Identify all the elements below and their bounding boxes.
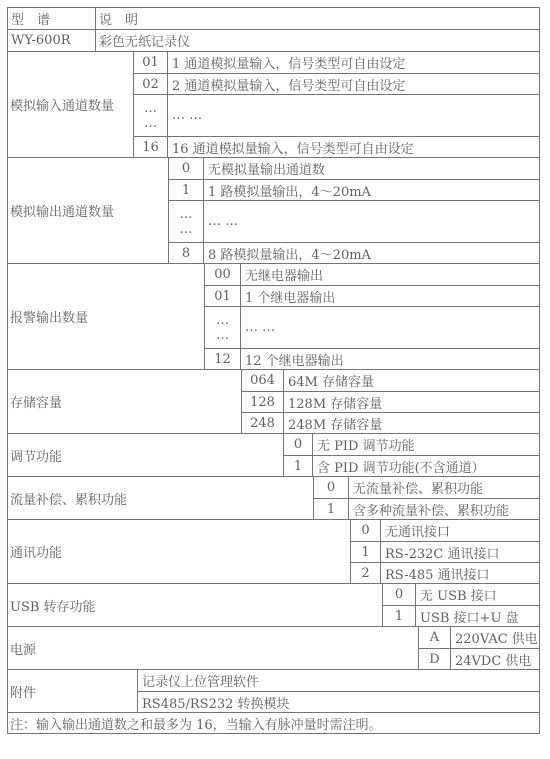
description-cell: 1 通道模拟量输入，信号类型可自由设定 bbox=[168, 52, 539, 73]
table-row: 1含多种流量补偿、累积功能 bbox=[314, 498, 539, 519]
table-row: 记录仪上位管理软件 bbox=[138, 670, 539, 691]
description-cell: 1 路模拟量输出，4～20mA bbox=[204, 180, 539, 200]
description-cell: RS485/RS232 转换模块 bbox=[138, 692, 539, 712]
section-label: 报警输出数量 bbox=[8, 264, 205, 369]
table-row: 011 个继电器输出 bbox=[205, 285, 539, 306]
section-label: 通讯功能 bbox=[8, 520, 351, 583]
description-cell: RS-232C 通讯接口 bbox=[381, 542, 539, 562]
table-row: ……… … bbox=[134, 94, 539, 136]
code-cell: 00 bbox=[205, 264, 241, 285]
spec-section: 模拟输出通道数量0无模拟量输出通道数11 路模拟量输出，4～20mA……… …8… bbox=[8, 157, 539, 263]
description-cell: RS-485 通讯接口 bbox=[381, 563, 539, 583]
code-cell: 01 bbox=[134, 52, 168, 73]
table-row: 1212 个继电器输出 bbox=[205, 348, 539, 369]
description-cell: 220VAC 供电 bbox=[451, 627, 539, 648]
spec-section: 模拟输入通道数量011 通道模拟量输入，信号类型可自由设定022 通道模拟量输入… bbox=[8, 51, 539, 157]
section-label: 电源 bbox=[8, 627, 419, 669]
code-cell: 1 bbox=[284, 456, 313, 476]
section-label: 附件 bbox=[8, 670, 138, 712]
code-cell: 064 bbox=[242, 370, 284, 391]
table-row: ……… … bbox=[205, 306, 539, 348]
table-row: 011 通道模拟量输入，信号类型可自由设定 bbox=[134, 52, 539, 73]
code-cell: 2 bbox=[351, 563, 381, 583]
code-cell: 0 bbox=[169, 158, 204, 179]
description-cell: 128M 存储容量 bbox=[284, 392, 539, 412]
description-cell: 无 USB 接口 bbox=[416, 584, 539, 605]
model-description: 彩色无纸记录仪 bbox=[96, 30, 539, 51]
description-cell: 1 个继电器输出 bbox=[241, 286, 539, 306]
description-cell: … … bbox=[241, 307, 539, 348]
spec-section: 存储容量06464M 存储容量128128M 存储容量248248M 存储容量 bbox=[8, 369, 539, 433]
section-label: 模拟输出通道数量 bbox=[8, 158, 169, 263]
table-row: 128128M 存储容量 bbox=[242, 391, 539, 412]
code-cell: 1 bbox=[314, 499, 349, 519]
description-cell: 无 PID 调节功能 bbox=[313, 434, 539, 455]
table-row: 248248M 存储容量 bbox=[242, 412, 539, 433]
table-row: 88 路模拟量输出，4～20mA bbox=[169, 242, 539, 263]
section-label: USB 转存功能 bbox=[8, 584, 383, 626]
table-row: 11 路模拟量输出，4～20mA bbox=[169, 179, 539, 200]
table-row: 1USB 接口+U 盘 bbox=[383, 605, 539, 626]
spec-section: 附件记录仪上位管理软件RS485/RS232 转换模块 bbox=[8, 669, 539, 712]
spec-section: USB 转存功能0无 USB 接口1USB 接口+U 盘 bbox=[8, 583, 539, 626]
description-cell: 16 通道模拟量输入，信号类型可自由设定 bbox=[168, 137, 539, 157]
code-cell: 0 bbox=[284, 434, 313, 455]
section-label: 调节功能 bbox=[8, 434, 284, 476]
table-row: 0无流量补偿、累积功能 bbox=[314, 477, 539, 498]
spec-section: 调节功能0无 PID 调节功能1含 PID 调节功能(不含通道） bbox=[8, 433, 539, 476]
section-label: 模拟输入通道数量 bbox=[8, 52, 134, 157]
model-code: WY-600R bbox=[8, 30, 96, 51]
code-cell: …… bbox=[169, 201, 204, 242]
code-cell: 128 bbox=[242, 392, 284, 412]
code-cell: 02 bbox=[134, 74, 168, 94]
description-cell: 无流量补偿、累积功能 bbox=[349, 477, 539, 498]
description-cell: 含 PID 调节功能(不含通道） bbox=[313, 456, 539, 476]
table-row: 2RS-485 通讯接口 bbox=[351, 562, 539, 583]
table-row: 1616 通道模拟量输入，信号类型可自由设定 bbox=[134, 136, 539, 157]
table-row: 1RS-232C 通讯接口 bbox=[351, 541, 539, 562]
code-cell: 16 bbox=[134, 137, 168, 157]
model-row: WY-600R 彩色无纸记录仪 bbox=[8, 29, 539, 51]
footnote: 注：输入输出通道数之和最多为 16，当输入有脉冲量时需注明。 bbox=[8, 712, 539, 733]
code-cell: 01 bbox=[205, 286, 241, 306]
table-row: 0无 PID 调节功能 bbox=[284, 434, 539, 455]
description-cell: 2 通道模拟量输入，信号类型可自由设定 bbox=[168, 74, 539, 94]
description-cell: USB 接口+U 盘 bbox=[416, 606, 539, 626]
table-row: RS485/RS232 转换模块 bbox=[138, 691, 539, 712]
table-row: A220VAC 供电 bbox=[419, 627, 539, 648]
spec-section: 通讯功能0无通讯接口1RS-232C 通讯接口2RS-485 通讯接口 bbox=[8, 519, 539, 583]
sections: 模拟输入通道数量011 通道模拟量输入，信号类型可自由设定022 通道模拟量输入… bbox=[8, 51, 539, 712]
description-cell: 64M 存储容量 bbox=[284, 370, 539, 391]
description-cell: 无通讯接口 bbox=[381, 520, 539, 541]
header-description-column: 说 明 bbox=[96, 8, 539, 29]
table-row: 0无通讯接口 bbox=[351, 520, 539, 541]
code-cell: 8 bbox=[169, 243, 204, 263]
code-cell: 1 bbox=[169, 180, 204, 200]
code-cell: 12 bbox=[205, 349, 241, 369]
code-cell: 248 bbox=[242, 413, 284, 433]
spec-section: 流量补偿、累积功能0无流量补偿、累积功能1含多种流量补偿、累积功能 bbox=[8, 476, 539, 519]
table-row: ……… … bbox=[169, 200, 539, 242]
table-row: 022 通道模拟量输入，信号类型可自由设定 bbox=[134, 73, 539, 94]
description-cell: … … bbox=[204, 201, 539, 242]
table-row: 00无继电器输出 bbox=[205, 264, 539, 285]
code-cell: 1 bbox=[383, 606, 416, 626]
table-row: 0无 USB 接口 bbox=[383, 584, 539, 605]
code-cell: …… bbox=[134, 95, 168, 136]
section-label: 流量补偿、累积功能 bbox=[8, 477, 314, 519]
spec-section: 电源A220VAC 供电D24VDC 供电 bbox=[8, 626, 539, 669]
model-spec-table: 型 谱 说 明 WY-600R 彩色无纸记录仪 模拟输入通道数量011 通道模拟… bbox=[7, 7, 540, 734]
table-row: 06464M 存储容量 bbox=[242, 370, 539, 391]
code-cell: D bbox=[419, 649, 451, 669]
description-cell: 8 路模拟量输出，4～20mA bbox=[204, 243, 539, 263]
header-model-column: 型 谱 bbox=[8, 8, 96, 29]
code-cell: …… bbox=[205, 307, 241, 348]
table-row: D24VDC 供电 bbox=[419, 648, 539, 669]
description-cell: 含多种流量补偿、累积功能 bbox=[349, 499, 539, 519]
section-label: 存储容量 bbox=[8, 370, 242, 433]
description-cell: 248M 存储容量 bbox=[284, 413, 539, 433]
description-cell: 无模拟量输出通道数 bbox=[204, 158, 539, 179]
description-cell: 记录仪上位管理软件 bbox=[138, 670, 539, 691]
code-cell: 0 bbox=[314, 477, 349, 498]
code-cell: A bbox=[419, 627, 451, 648]
table-row: 0无模拟量输出通道数 bbox=[169, 158, 539, 179]
code-cell: 0 bbox=[383, 584, 416, 605]
description-cell: 12 个继电器输出 bbox=[241, 349, 539, 369]
description-cell: 无继电器输出 bbox=[241, 264, 539, 285]
description-cell: 24VDC 供电 bbox=[451, 649, 539, 669]
table-row: 1含 PID 调节功能(不含通道） bbox=[284, 455, 539, 476]
code-cell: 0 bbox=[351, 520, 381, 541]
table-header-row: 型 谱 说 明 bbox=[8, 8, 539, 29]
spec-section: 报警输出数量00无继电器输出011 个继电器输出……… …1212 个继电器输出 bbox=[8, 263, 539, 369]
description-cell: … … bbox=[168, 95, 539, 136]
code-cell: 1 bbox=[351, 542, 381, 562]
